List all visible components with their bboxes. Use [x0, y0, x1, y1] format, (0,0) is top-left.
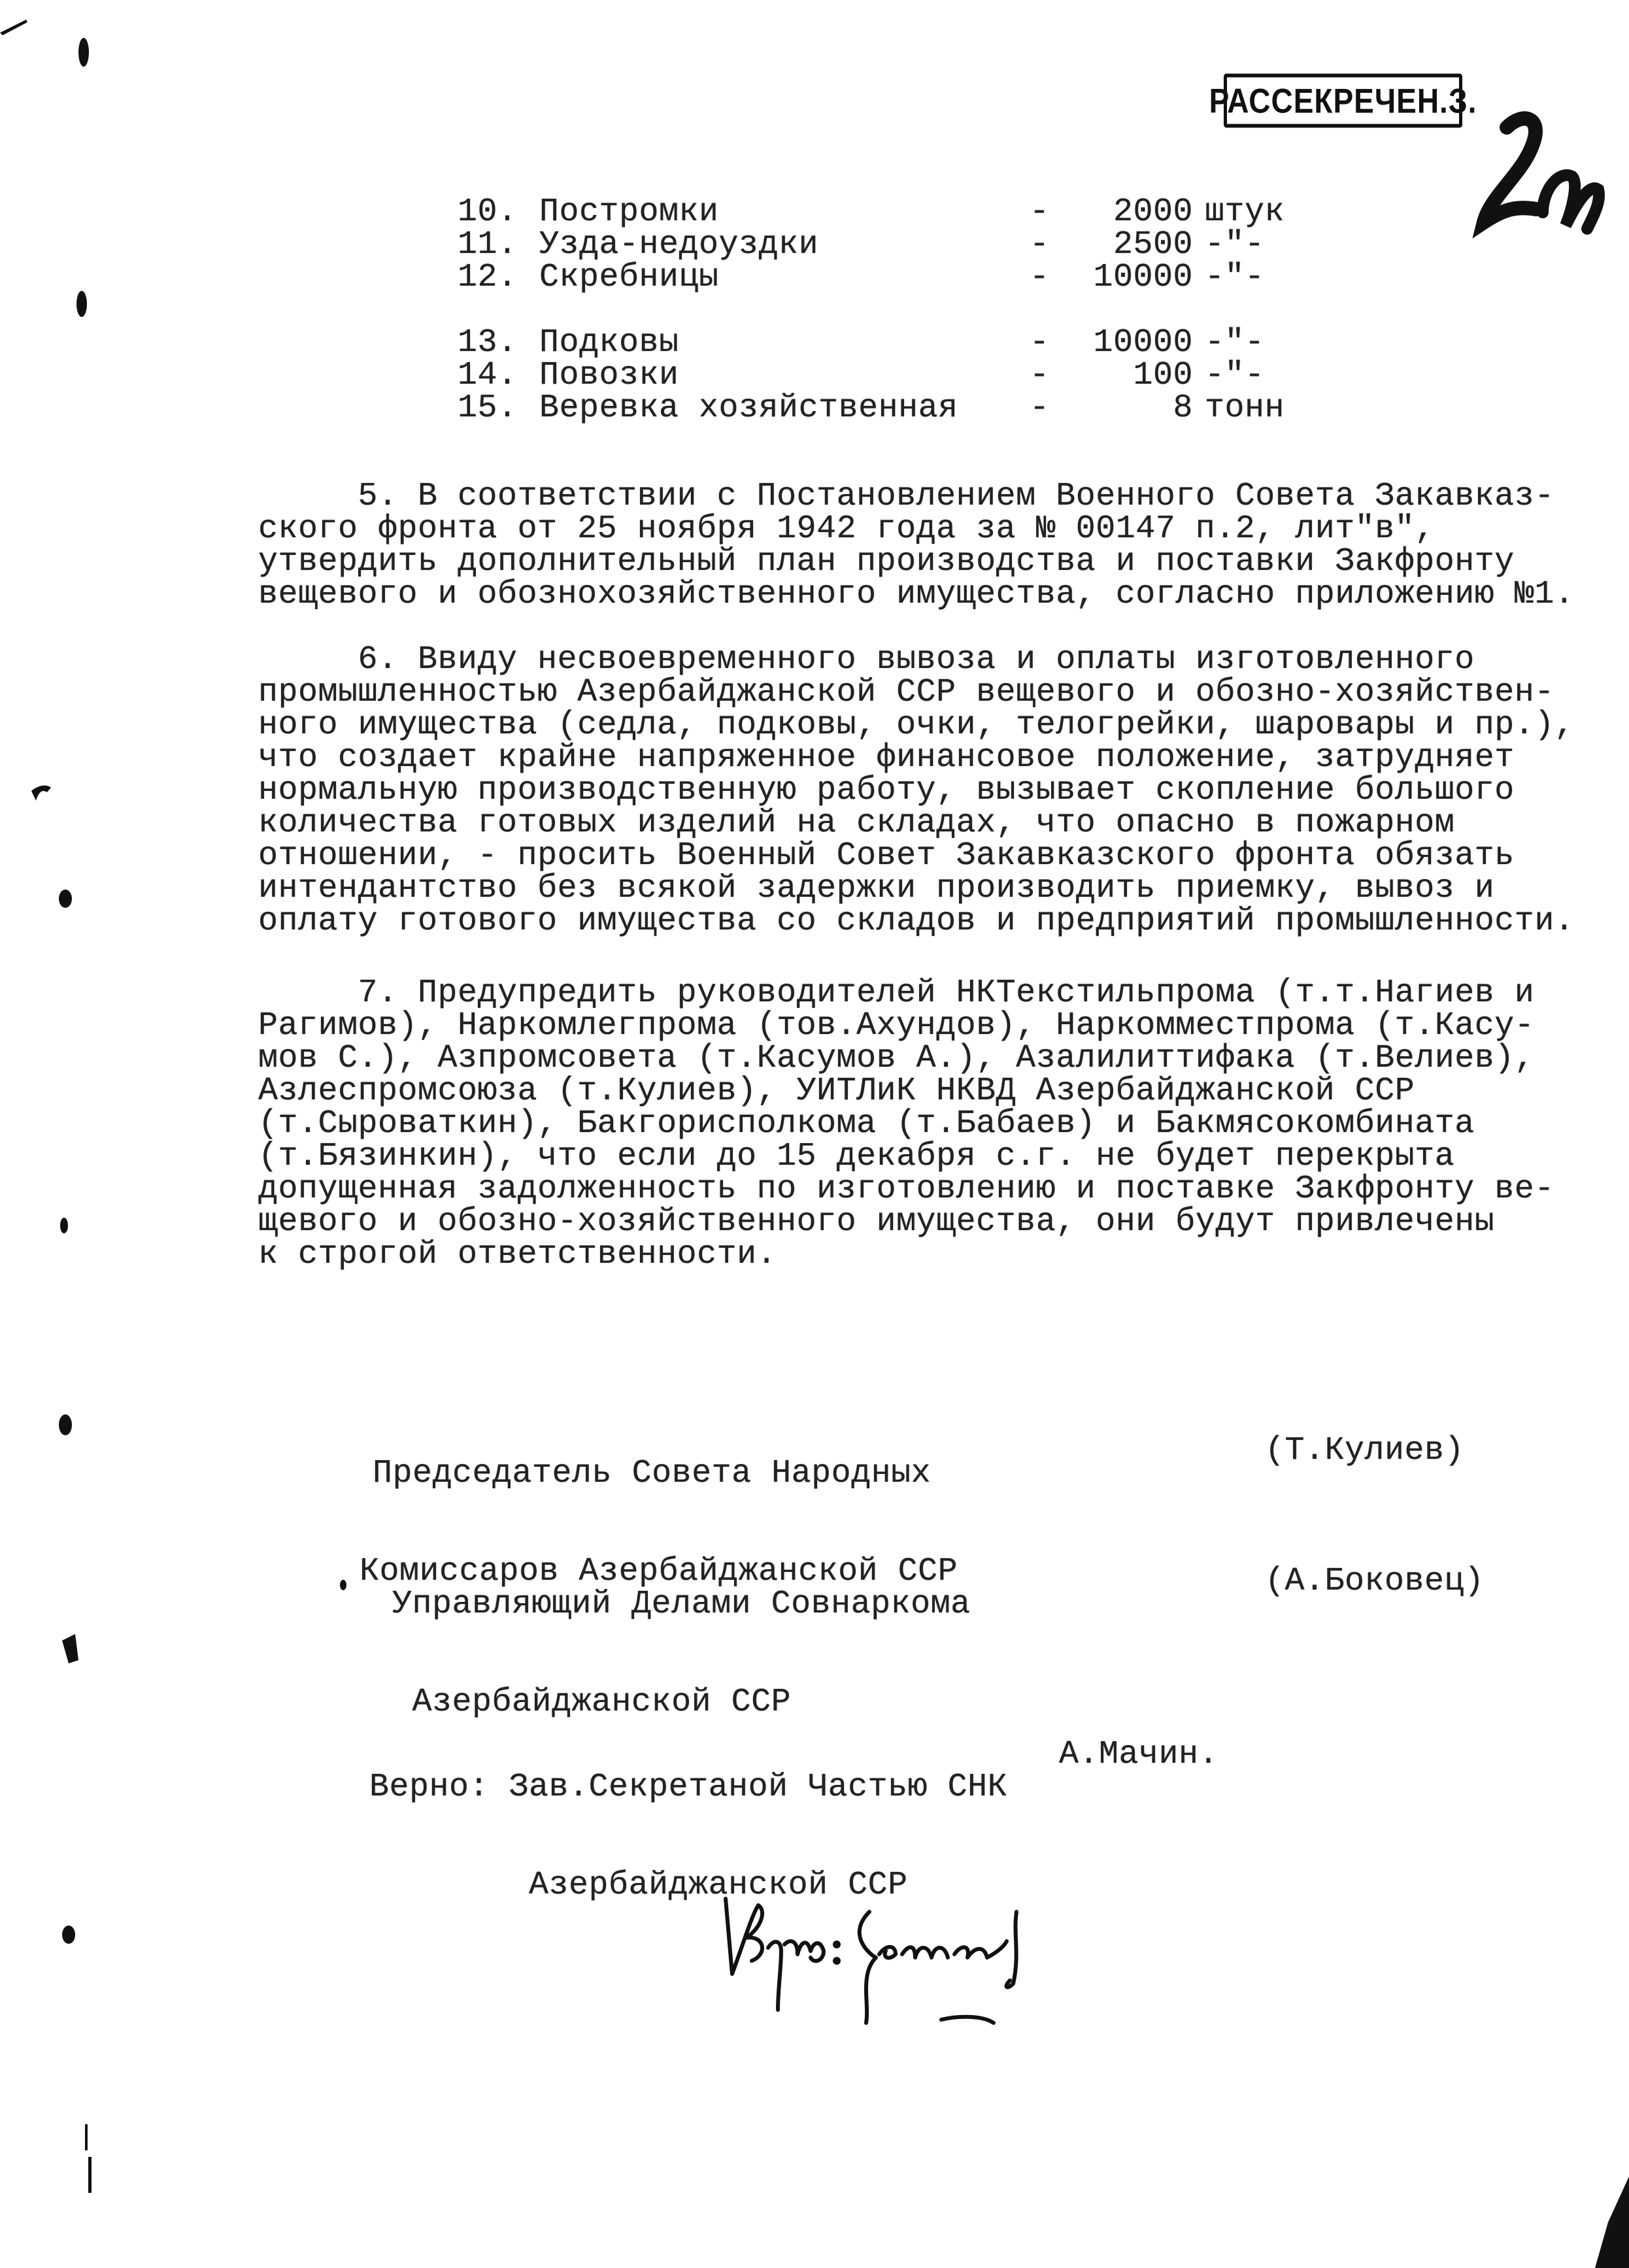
paragraph-line: что создает крайне напряженное финансово…	[258, 742, 1605, 775]
paragraph-6: 6. Ввиду несвоевременного вывоза и оплат…	[258, 644, 1605, 938]
supply-item-row: 13.Подковы-10000-"-	[458, 327, 1329, 359]
supply-items-list: 10.Постромки-2000штук11.Узда-недоуздки-2…	[458, 196, 1329, 425]
item-number: 13.	[458, 327, 539, 359]
paragraph-line: вещевого и обознохозяйственного имуществ…	[258, 578, 1605, 611]
paragraph-line: (т.Сыроваткин), Бакгорисполкома (т.Бабае…	[258, 1108, 1605, 1141]
item-dash: -	[1030, 261, 1088, 294]
paragraph-7: 7. Предупредить руководителей НКТекстиль…	[258, 977, 1605, 1271]
supply-item-row: 11.Узда-недоуздки-2500-"-	[458, 229, 1329, 261]
item-unit: -"-	[1193, 261, 1329, 294]
certified-name: А.Мачин.	[1059, 1739, 1218, 1771]
manager-name: (А.Боковец)	[1265, 1565, 1485, 1598]
paragraph-5: 5. В соответствии с Постановлением Военн…	[258, 480, 1605, 611]
supply-item-row: 15.Веревка хозяйственная-8тонн	[458, 392, 1329, 425]
chairman-title-line-1: Председатель Совета Народных	[373, 1458, 958, 1490]
paragraph-line: промышленностью Азербайджанской ССР веще…	[258, 676, 1605, 709]
paragraph-line: нормальную производственную работу, вызы…	[258, 775, 1605, 807]
item-quantity: 100	[1088, 359, 1193, 392]
supply-item-row: 10.Постромки-2000штук	[458, 196, 1329, 229]
item-number: 10.	[458, 196, 539, 229]
paragraph-line: щевого и обозно-хозяйственного имущества…	[258, 1206, 1605, 1239]
item-dash: -	[1030, 327, 1088, 359]
item-number: 15.	[458, 392, 539, 425]
paragraph-line: количества готовых изделий на складах, ч…	[258, 807, 1605, 840]
item-unit: штук	[1193, 196, 1329, 229]
item-name: Постромки	[539, 196, 1030, 229]
item-number: 12.	[458, 261, 539, 294]
item-name: Повозки	[539, 359, 1030, 392]
item-unit: -"-	[1193, 327, 1329, 359]
paragraph-line: (т.Бязинкин), что если до 15 декабря с.г…	[258, 1141, 1605, 1173]
paragraph-line: ского фронта от 25 ноября 1942 года за №…	[258, 513, 1605, 546]
item-quantity: 2000	[1088, 196, 1193, 229]
paragraph-line: утвердить дополнительный план производст…	[258, 546, 1605, 578]
paragraph-line: к строгой ответственности.	[258, 1239, 1605, 1271]
paragraph-line: Рагимов), Наркомлегпрома (тов.Ахундов), …	[258, 1010, 1605, 1042]
item-name: Скребницы	[539, 261, 1030, 294]
paragraph-line: 7. Предупредить руководителей НКТекстиль…	[258, 977, 1605, 1010]
paragraph-line: оплату готового имущества со складов и п…	[258, 905, 1605, 938]
paragraph-line: Азлеспромсоюза (т.Кулиев), УИТЛиК НКВД А…	[258, 1075, 1605, 1108]
paragraph-line: 6. Ввиду несвоевременного вывоза и оплат…	[258, 644, 1605, 676]
item-quantity: 8	[1088, 392, 1193, 425]
document-page: РАССЕКРЕЧЕН.З. 10.Постромки-2000штук11.У…	[0, 0, 1629, 2268]
paragraph-line: ного имущества (седла, подковы, очки, те…	[258, 709, 1605, 742]
item-unit: тонн	[1193, 392, 1329, 425]
handwritten-signature	[706, 1876, 1255, 2026]
item-quantity: 10000	[1088, 327, 1193, 359]
paragraph-line: мов С.), Азпромсовета (т.Касумов А.), Аз…	[258, 1042, 1605, 1075]
supply-item-row: 14.Повозки-100-"-	[458, 359, 1329, 392]
manager-title-line-1: Управляющий Делами Совнаркома	[392, 1588, 971, 1621]
paragraph-line: интендантство без всякой задержки произв…	[258, 873, 1605, 905]
item-quantity: 2500	[1088, 229, 1193, 261]
item-unit: -"-	[1193, 359, 1329, 392]
stamp-text: РАССЕКРЕЧЕН.З.	[1209, 80, 1477, 121]
item-name: Подковы	[539, 327, 1030, 359]
item-quantity: 10000	[1088, 261, 1193, 294]
item-dash: -	[1030, 359, 1088, 392]
paragraph-line: 5. В соответствии с Постановлением Военн…	[258, 480, 1605, 513]
paragraph-line: допущенная задолженность по изготовлению…	[258, 1173, 1605, 1206]
paragraph-line: отношении, - просить Военный Совет Закав…	[258, 840, 1605, 873]
item-dash: -	[1030, 392, 1088, 425]
supply-item-row: 12.Скребницы-10000-"-	[458, 261, 1329, 294]
declassified-stamp: РАССЕКРЕЧЕН.З.	[1224, 74, 1462, 128]
item-name: Веревка хозяйственная	[539, 392, 1030, 425]
item-dash: -	[1030, 229, 1088, 261]
item-name: Узда-недоуздки	[539, 229, 1030, 261]
item-number: 11.	[458, 229, 539, 261]
item-number: 14.	[458, 359, 539, 392]
chairman-name: (Т.Кулиев)	[1265, 1435, 1464, 1467]
item-unit: -"-	[1193, 229, 1329, 261]
certified-title-line-1: Верно: Зав.Секретаной Частью СНК	[369, 1771, 1007, 1804]
item-dash: -	[1030, 196, 1088, 229]
handwritten-page-number	[1445, 98, 1608, 242]
